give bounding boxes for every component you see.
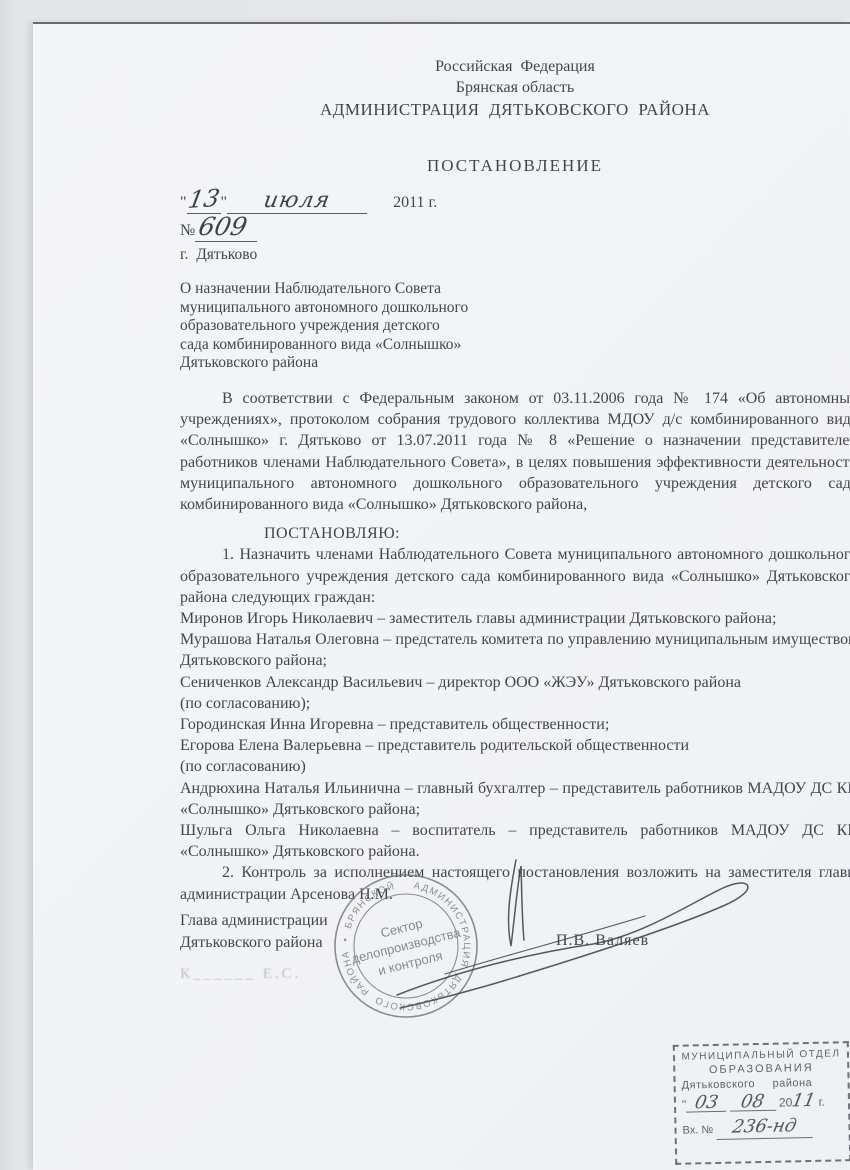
header-authority: АДМИНИСТРАЦИЯ ДЯТЬКОВСКОГО РАЙОНА [180, 99, 850, 120]
registration-stamp-date: "03 08 2011 г. [682, 1094, 842, 1112]
document-paper: Российская Федерация Брянская область АД… [33, 22, 850, 1170]
registration-stamp-line3: Дятьковского района [681, 1076, 841, 1091]
date-number-block: "13"июля2011 г. №609 г. Дятьково [180, 185, 600, 264]
clause-1: 1. Назначить членами Наблюдательного Сов… [180, 544, 850, 608]
handwritten-reg-month: 08 [740, 1096, 765, 1109]
handwritten-day: 13 [184, 184, 224, 214]
header-country: Российская Федерация [180, 56, 850, 77]
faded-executor-note: К______ Е.С. [180, 964, 850, 985]
signatory-position-line1: Глава администрации [180, 910, 850, 932]
date-line: "13"июля2011 г. [180, 185, 600, 214]
member-line: Мурашова Наталья Олеговна – предстатель … [180, 629, 850, 671]
signature-block: Глава администрации Дятьковского района … [180, 910, 850, 956]
member-line: Городинская Инна Игоревна – представител… [180, 714, 850, 735]
resolution-word: ПОСТАНОВЛЯЮ: [180, 523, 850, 544]
reg-number-label: Вх. № [682, 1124, 713, 1137]
member-line: Сениченков Александр Васильевич – директ… [180, 672, 850, 714]
handwritten-month: июля [225, 188, 369, 213]
number-line: №609 [180, 212, 600, 242]
document-title: ПОСТАНОВЛЕНИЕ [180, 156, 850, 176]
subject-block: О назначении Наблюдательного Совета муни… [180, 280, 540, 373]
clause-2: 2. Контроль за исполнением настоящего по… [180, 862, 850, 904]
handwritten-reg-number: 236-нд [731, 1120, 797, 1133]
handwritten-reg-year: 11 [791, 1095, 816, 1108]
member-line: Егорова Елена Валерьевна – представитель… [180, 735, 850, 777]
document-body: В соответствии с Федеральным законом от … [180, 388, 850, 985]
document-header: Российская Федерация Брянская область АД… [180, 56, 850, 120]
reg-date-suffix: г. [818, 1095, 825, 1109]
member-line: Шульга Ольга Николаевна – воспитатель – … [180, 820, 850, 862]
printed-year: 2011 г. [393, 194, 437, 211]
handwritten-number: 609 [192, 212, 260, 241]
handwritten-reg-day: 03 [694, 1097, 719, 1110]
scan-edge-line [33, 22, 850, 24]
member-line: Андрюхина Наталья Ильинична – главный бу… [180, 778, 850, 820]
registration-stamp-number-row: Вх. № 236-нд [682, 1114, 842, 1140]
registration-stamp: МУНИЦИПАЛЬНЫЙ ОТДЕЛ ОБРАЗОВАНИЯ Дятьковс… [673, 1041, 850, 1165]
registration-stamp-line2: ОБРАЗОВАНИЯ [681, 1061, 841, 1076]
place-line: г. Дятьково [180, 246, 600, 264]
preamble-paragraph: В соответствии с Федеральным законом от … [180, 388, 850, 515]
header-region: Брянская область [180, 77, 850, 98]
signatory-name: П.В. Валяев [556, 930, 649, 951]
member-line: Миронов Игорь Николаевич – заместитель г… [180, 608, 850, 629]
signatory-position-line2: Дятьковского района [180, 932, 850, 954]
scanned-document-page: { "document": { "header": { "country": "… [0, 0, 850, 1170]
registration-stamp-line1: МУНИЦИПАЛЬНЫЙ ОТДЕЛ [681, 1048, 841, 1062]
